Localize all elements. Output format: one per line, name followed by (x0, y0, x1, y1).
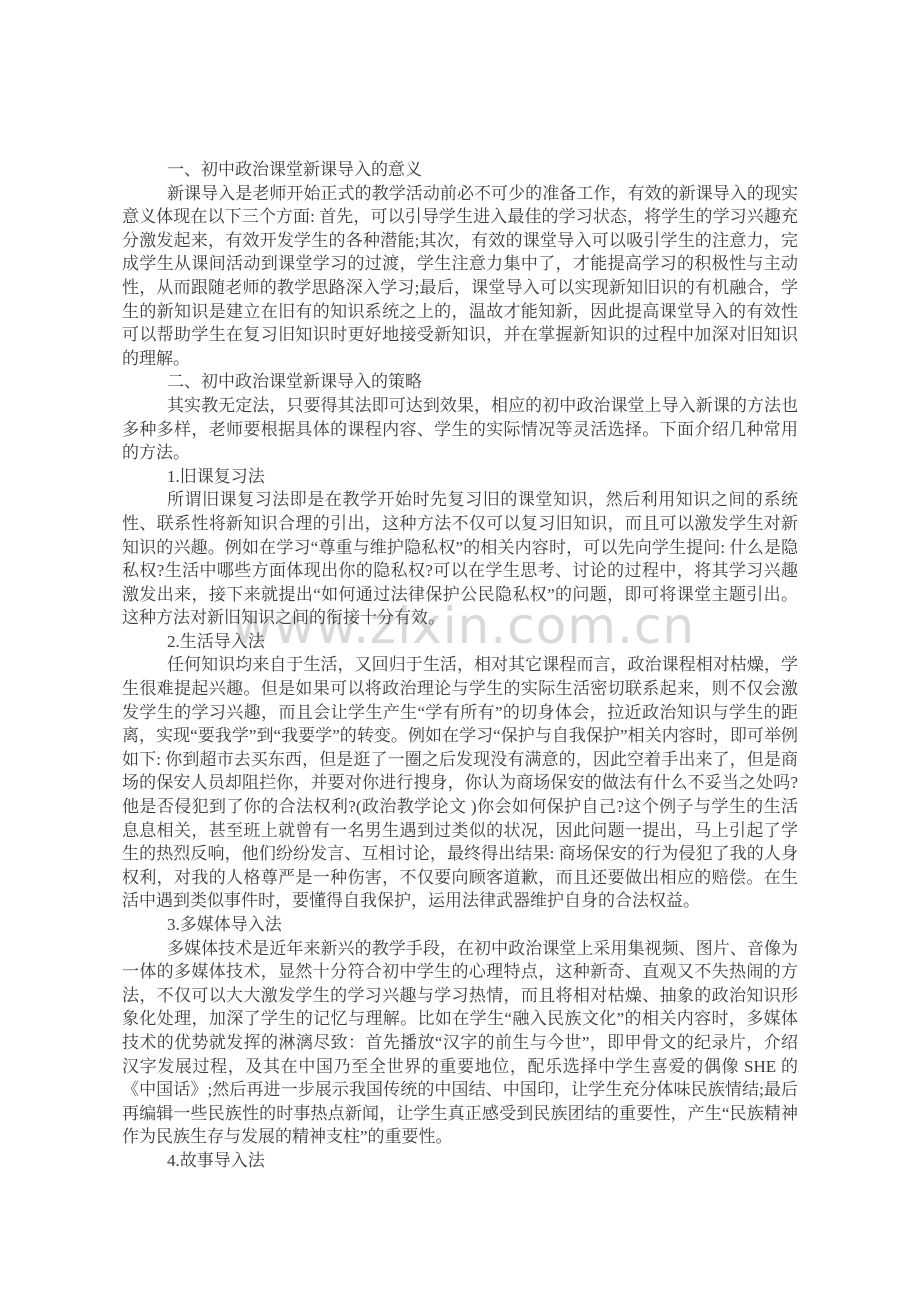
method-heading-3: 3.多媒体导入法 (122, 913, 798, 937)
method-heading-1: 1.旧课复习法 (122, 465, 798, 489)
paragraph: 多媒体技术是近年来新兴的教学手段，在初中政治课堂上采用集视频、图片、音像为一体的… (122, 937, 798, 1149)
paragraph: 其实教无定法，只要得其法即可达到效果，相应的初中政治课堂上导入新课的方法也多种多… (122, 394, 798, 465)
section-heading-2: 二、初中政治课堂新课导入的策略 (122, 370, 798, 394)
document-page: www.zixin.com.cn 一、初中政治课堂新课导入的意义 新课导入是老师… (0, 0, 920, 1302)
section-heading-1: 一、初中政治课堂新课导入的意义 (122, 158, 798, 182)
method-heading-2: 2.生活导入法 (122, 630, 798, 654)
method-heading-4: 4.故事导入法 (122, 1149, 798, 1173)
document-body: 一、初中政治课堂新课导入的意义 新课导入是老师开始正式的教学活动前必不可少的准备… (122, 158, 798, 1173)
paragraph: 所谓旧课复习法即是在教学开始时先复习旧的课堂知识，然后利用知识之间的系统性、联系… (122, 488, 798, 630)
paragraph: 新课导入是老师开始正式的教学活动前必不可少的准备工作，有效的新课导入的现实意义体… (122, 182, 798, 371)
paragraph: 任何知识均来自于生活，又回归于生活，相对其它课程而言，政治课程相对枯燥，学生很难… (122, 653, 798, 913)
